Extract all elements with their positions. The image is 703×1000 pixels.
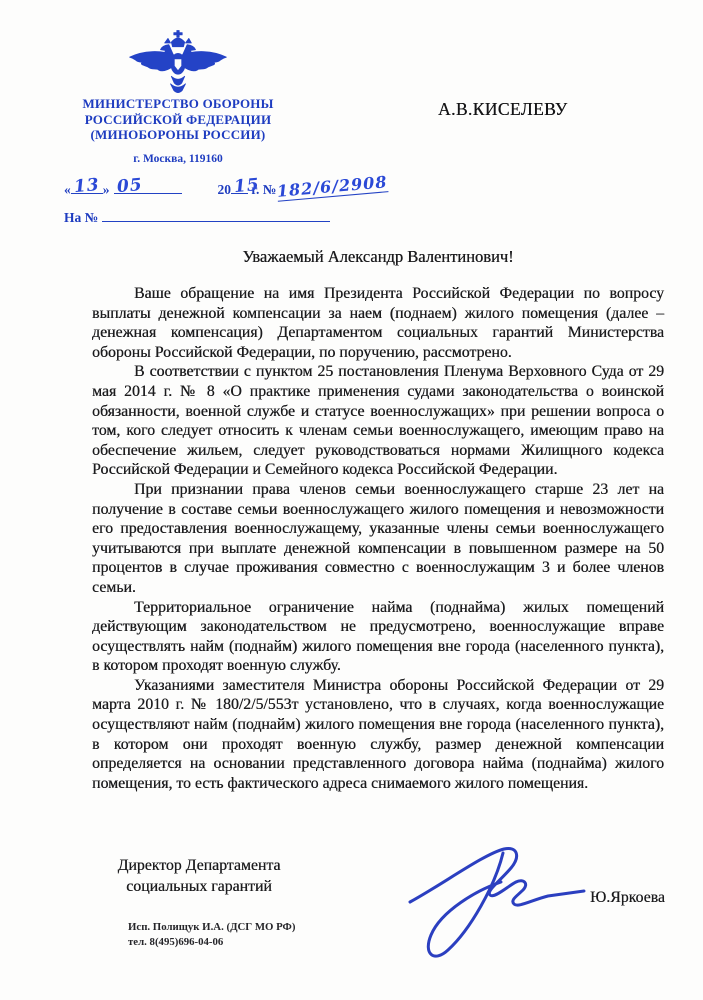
ministry-name: МИНИСТЕРСТВО ОБОРОНЫ РОССИЙСКОЙ ФЕДЕРАЦИ… bbox=[58, 96, 298, 143]
handwritten-year: 15 bbox=[233, 175, 260, 197]
salutation: Уважаемый Александр Валентинович! bbox=[92, 247, 664, 267]
paragraph: В соответствии с пунктом 25 постановлени… bbox=[92, 362, 664, 480]
signer-name: Ю.Яркоева bbox=[590, 889, 665, 907]
reference-label: На № bbox=[64, 210, 98, 225]
executor-line: тел. 8(495)696-04-06 bbox=[128, 935, 295, 950]
handwritten-day: 13 bbox=[73, 175, 100, 197]
year-prefix: 20 bbox=[218, 182, 232, 197]
signer-title-line: Директор Департамента bbox=[94, 855, 304, 876]
scanned-letter-page: МИНИСТЕРСТВО ОБОРОНЫ РОССИЙСКОЙ ФЕДЕРАЦИ… bbox=[0, 0, 703, 1000]
signer-title-line: социальных гарантий bbox=[94, 876, 304, 897]
month-underline: 05 bbox=[114, 178, 182, 194]
open-quote: « bbox=[64, 182, 71, 197]
handwritten-signature-icon bbox=[398, 838, 613, 978]
ministry-emblem-icon bbox=[128, 30, 228, 101]
executor-line: Исп. Полищук И.А. (ДСГ МО РФ) bbox=[128, 920, 295, 935]
addressee: А.В.КИСЕЛЕВУ bbox=[438, 99, 568, 120]
ministry-line: МИНИСТЕРСТВО ОБОРОНЫ bbox=[58, 96, 298, 112]
paragraph: Территориальное ограничение найма (подна… bbox=[92, 598, 664, 676]
ministry-line: РОССИЙСКОЙ ФЕДЕРАЦИИ bbox=[58, 112, 298, 128]
reference-line: На № bbox=[64, 206, 330, 226]
handwritten-outgoing-number: 182/6/2908 bbox=[276, 172, 388, 202]
paragraph: При признании права членов семьи военнос… bbox=[92, 480, 664, 598]
ministry-line: (МИНОБОРОНЫ РОССИИ) bbox=[58, 127, 298, 143]
day-underline: 13 bbox=[71, 178, 103, 194]
paragraph: Указаниями заместителя Министра обороны … bbox=[92, 676, 664, 794]
date-line: «13»052015 г. №182/6/2908 bbox=[64, 178, 388, 199]
org-address: г. Москва, 119160 bbox=[58, 153, 298, 165]
paragraph: Ваше обращение на имя Президента Российс… bbox=[92, 284, 664, 362]
handwritten-month: 05 bbox=[116, 175, 143, 197]
reference-underline bbox=[102, 206, 330, 222]
executor-info: Исп. Полищук И.А. (ДСГ МО РФ) тел. 8(495… bbox=[128, 920, 295, 950]
letter-body: Ваше обращение на имя Президента Российс… bbox=[92, 284, 664, 793]
signer-title: Директор Департамента социальных гаранти… bbox=[94, 855, 304, 897]
close-quote: » bbox=[103, 182, 110, 197]
year-underline: 15 bbox=[231, 178, 248, 194]
